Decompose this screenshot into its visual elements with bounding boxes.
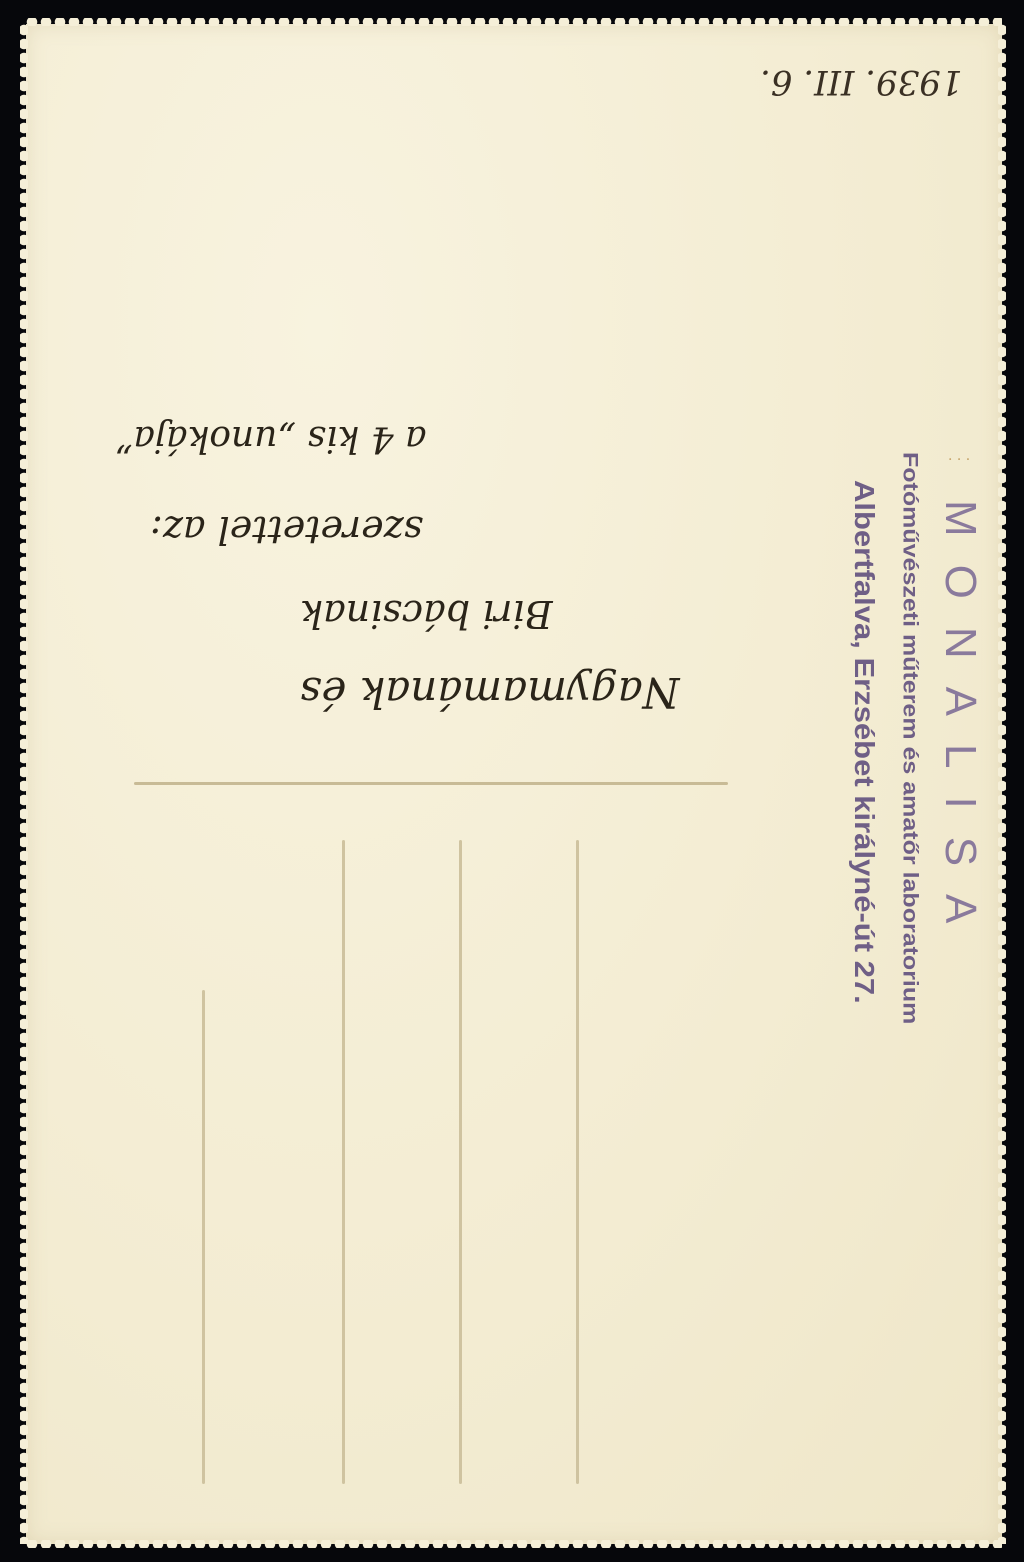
address-rule-4 <box>576 840 579 1484</box>
handwriting-line-3: szeretettel az: <box>150 508 423 552</box>
address-rule-3 <box>459 840 462 1484</box>
handwriting-line-1: Nagymamának és <box>300 668 679 717</box>
handwriting-line-2: Biri bácsinak <box>300 592 553 636</box>
stamp-subtitle: Fotóművészeti műterem és amatőr laborato… <box>897 452 922 1024</box>
stamp-address: Albertfalva, Erzsébet királyné-út 27. <box>848 480 880 1004</box>
address-rule-2 <box>342 840 345 1484</box>
stamp-studio-name: MONALISA <box>935 500 985 951</box>
message-divider-line <box>134 782 728 785</box>
ink-smudge: · · · <box>948 452 970 468</box>
address-rule-1 <box>202 990 205 1484</box>
handwritten-date: 1939. III. 6. <box>760 62 963 102</box>
handwriting-line-4: a 4 kis „unokája” <box>115 418 427 459</box>
